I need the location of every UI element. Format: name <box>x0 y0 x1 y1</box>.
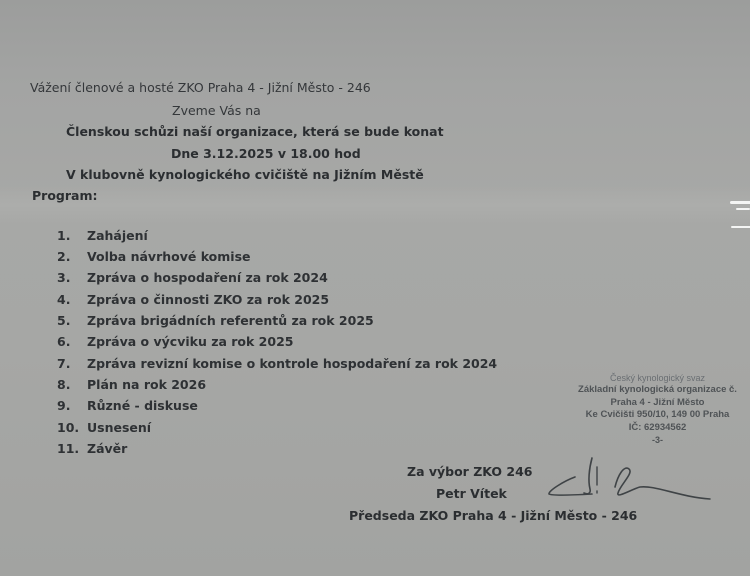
committee-line: Za výbor ZKO 246 <box>407 464 532 479</box>
program-item: 2.Volba návrhové komise <box>57 249 251 264</box>
program-item: 3.Zpráva o hospodaření za rok 2024 <box>57 270 328 285</box>
light-glare <box>0 185 750 225</box>
program-label: Program: <box>32 188 98 203</box>
glare-reflection <box>730 201 750 204</box>
program-item: 7.Zpráva revizní komise o kontrole hospo… <box>57 356 497 371</box>
program-item: 9.Různé - diskuse <box>57 398 198 413</box>
program-item: 1.Zahájení <box>57 228 148 243</box>
stamp-line: Základní kynologická organizace č. <box>560 384 750 396</box>
stamp-line: Ke Cvičišti 950/10, 149 00 Praha <box>560 409 750 421</box>
program-item: 8.Plán na rok 2026 <box>57 377 206 392</box>
signature <box>540 455 720 515</box>
invite-line: Zveme Vás na <box>172 103 261 118</box>
signer-name: Petr Vítek <box>436 486 507 501</box>
location-line: V klubovně kynologického cvičiště na Již… <box>66 167 424 182</box>
stamp-line: -3- <box>560 434 750 446</box>
stamp-line: Český kynologický svaz <box>560 372 750 384</box>
date-line: Dne 3.12.2025 v 18.00 hod <box>171 146 361 161</box>
organization-stamp: Český kynologický svaz Základní kynologi… <box>560 372 750 446</box>
stamp-line: Praha 4 - Jižní Město <box>560 397 750 409</box>
stamp-line: IČ: 62934562 <box>560 422 750 434</box>
program-item: 4.Zpráva o činnosti ZKO za rok 2025 <box>57 292 329 307</box>
meeting-line: Členskou schůzi naší organizace, která s… <box>66 124 444 139</box>
program-item: 11.Závěr <box>57 441 127 456</box>
greeting-line: Vážení členové a hosté ZKO Praha 4 - Již… <box>30 80 371 95</box>
program-item: 6.Zpráva o výcviku za rok 2025 <box>57 334 293 349</box>
glare-reflection <box>731 226 750 228</box>
program-item: 10.Usnesení <box>57 420 151 435</box>
program-item: 5.Zpráva brigádních referentů za rok 202… <box>57 313 374 328</box>
glare-reflection <box>736 208 750 210</box>
